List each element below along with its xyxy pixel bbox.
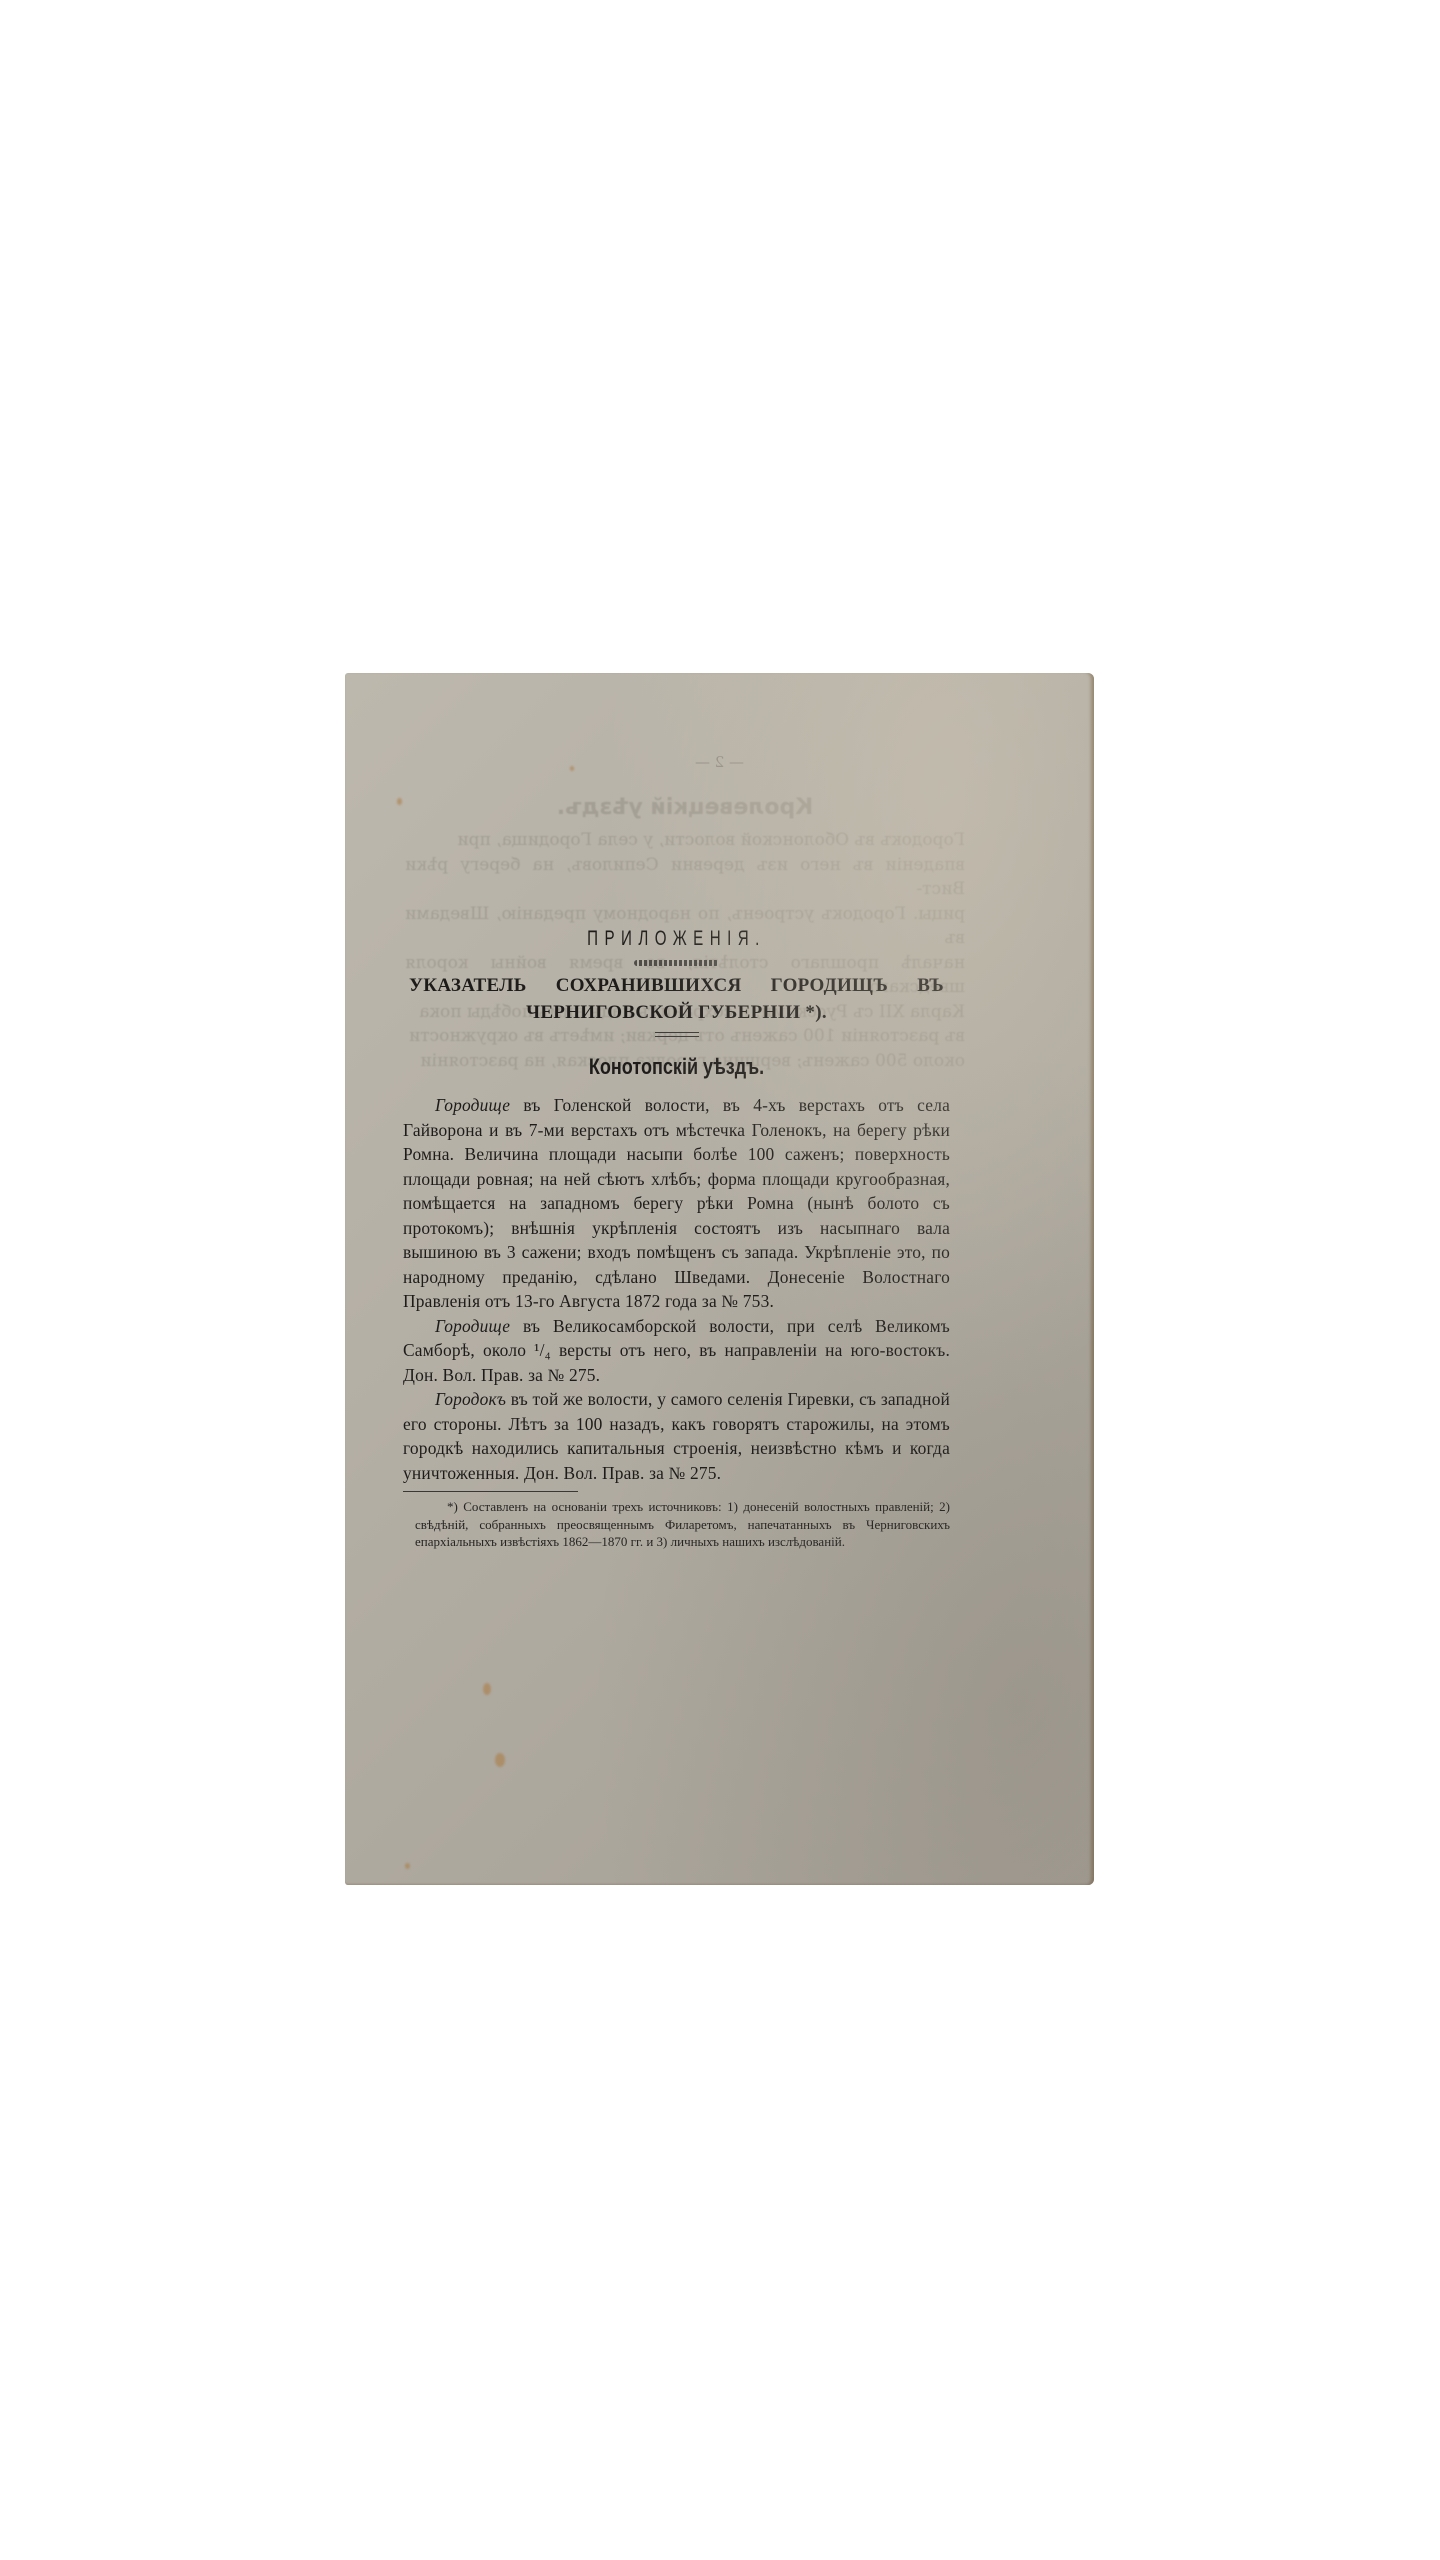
footnote-rule: [403, 1491, 578, 1492]
paragraph-lead: Городище: [435, 1095, 510, 1115]
show-through-line: впаденіи въ него изъ деревни Сепиловъ, н…: [405, 853, 965, 902]
index-title: УКАЗАТЕЛЬ СОХРАНИВШИХСЯ ГОРОДИЩЪ ВЪ ЧЕРН…: [403, 972, 950, 1026]
paragraph: Городокъ въ той же волости, у самого сел…: [403, 1387, 950, 1485]
foxing-spot: [483, 1683, 491, 1695]
appendix-title: ПРИЛОЖЕНІЯ.: [480, 926, 874, 952]
show-through-page-number: — 2 —: [345, 753, 1094, 771]
foxing-spot: [495, 1753, 505, 1767]
paragraph-lead: Городокъ: [435, 1389, 506, 1409]
district-title: Конотопскій уѣздъ.: [452, 1053, 901, 1081]
wavy-divider: [634, 960, 719, 966]
paragraph-text: въ Голенской волости, въ 4-хъ верстахъ о…: [403, 1095, 950, 1311]
foxing-spot: [570, 766, 574, 771]
show-through-heading: Кролевецкій уѣздъ.: [405, 788, 965, 828]
foxing-spot: [405, 1863, 410, 1869]
paragraph: Городище въ Великосамборской волости, пр…: [403, 1314, 950, 1388]
paragraph-lead: Городище: [435, 1316, 510, 1336]
page-content: ПРИЛОЖЕНІЯ. УКАЗАТЕЛЬ СОХРАНИВШИХСЯ ГОРО…: [403, 926, 950, 1551]
book-page: — 2 — Кролевецкій уѣздъ. Городокъ въ Обо…: [345, 673, 1094, 1885]
show-through-line: Городокъ въ Оболонской волости, у села Г…: [405, 828, 965, 853]
foxing-spot: [397, 798, 402, 805]
footnote: *) Составленъ на основаніи трехъ источни…: [403, 1498, 950, 1551]
double-rule-divider: [655, 1032, 699, 1037]
paragraph: Городище въ Голенской волости, въ 4-хъ в…: [403, 1093, 950, 1314]
